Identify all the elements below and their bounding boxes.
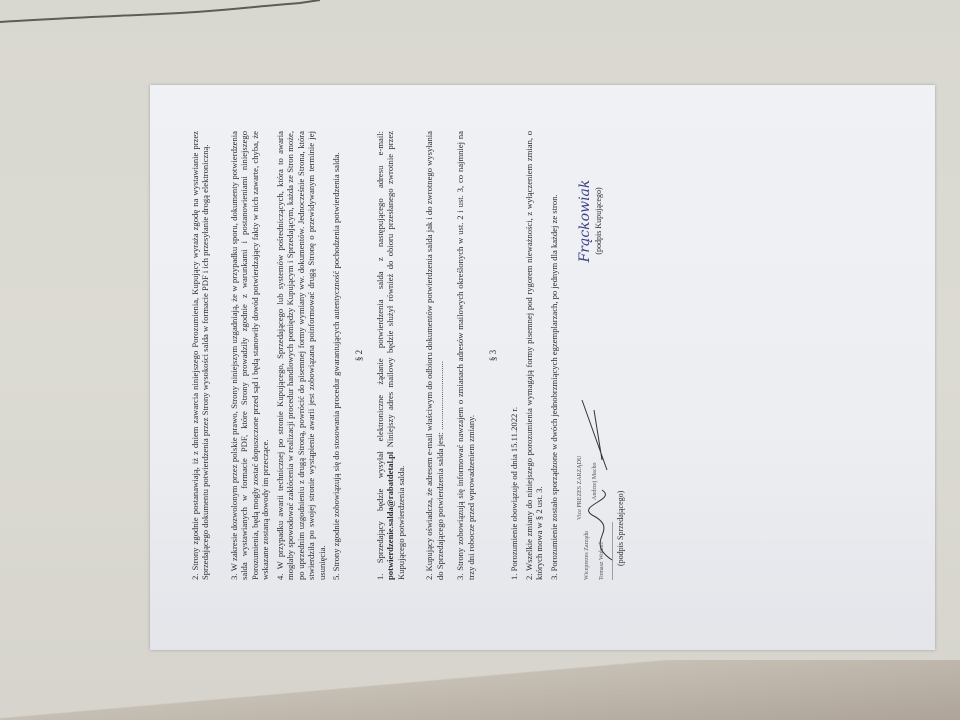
seller-scribble: [572, 390, 632, 570]
section-3-item: 2. Wszelkie zmiany do niniejszego porozu…: [524, 131, 545, 580]
section-2-item: 1. Sprzedający będzie wysyłał elektronic…: [375, 131, 406, 580]
table-edge-shadow: [0, 660, 960, 720]
seller-signature: Vice PREZES ZARZĄDU Wiceprezes Zarządu A…: [577, 380, 626, 580]
seller-email: potwierdzenie.salda@rabatdetal.pl: [385, 452, 395, 580]
section-3-list: 1. Porozumienie obowiązuje od dnia 15.11…: [509, 131, 559, 580]
table-crack: [0, 0, 960, 40]
signature-block: Vice PREZES ZARZĄDU Wiceprezes Zarządu A…: [577, 131, 667, 580]
buyer-signature-label: (podpis Kupującego): [594, 141, 604, 301]
section-2-item: 3. Strony zobowiązują się informować naw…: [455, 131, 476, 580]
intro-item: 5. Strony zgodnie zobowiązują się do sto…: [331, 131, 341, 580]
buyer-handwriting: Frąckowiak: [577, 141, 594, 301]
paper-sheet-area: 2. Strony zgodnie postanawiają, iż z dni…: [150, 85, 935, 650]
section-3-mark: § 3: [488, 131, 499, 580]
intro-item: 2. Strony zgodnie postanawiają, iż z dni…: [190, 131, 211, 580]
section-3-item: 1. Porozumienie obowiązuje od dnia 15.11…: [509, 131, 519, 580]
section-2-mark: § 2: [354, 131, 365, 580]
section-2-item: 2. Kupujący oświadcza, że adresem e-mail…: [424, 131, 445, 580]
section-3-item: 3. Porozumienie zostało sporządzone w dw…: [549, 131, 559, 580]
intro-item: 3. W zakresie dozwolonym przez polskie p…: [229, 131, 271, 580]
section-2-list: 1. Sprzedający będzie wysyłał elektronic…: [375, 131, 476, 580]
paper-document: 2. Strony zgodnie postanawiają, iż z dni…: [150, 85, 935, 650]
intro-list: 2. Strony zgodnie postanawiają, iż z dni…: [190, 131, 342, 580]
buyer-signature: Frąckowiak (podpis Kupującego): [577, 141, 604, 301]
intro-item: 4. W przypadku awarii technicznej po str…: [275, 131, 327, 580]
